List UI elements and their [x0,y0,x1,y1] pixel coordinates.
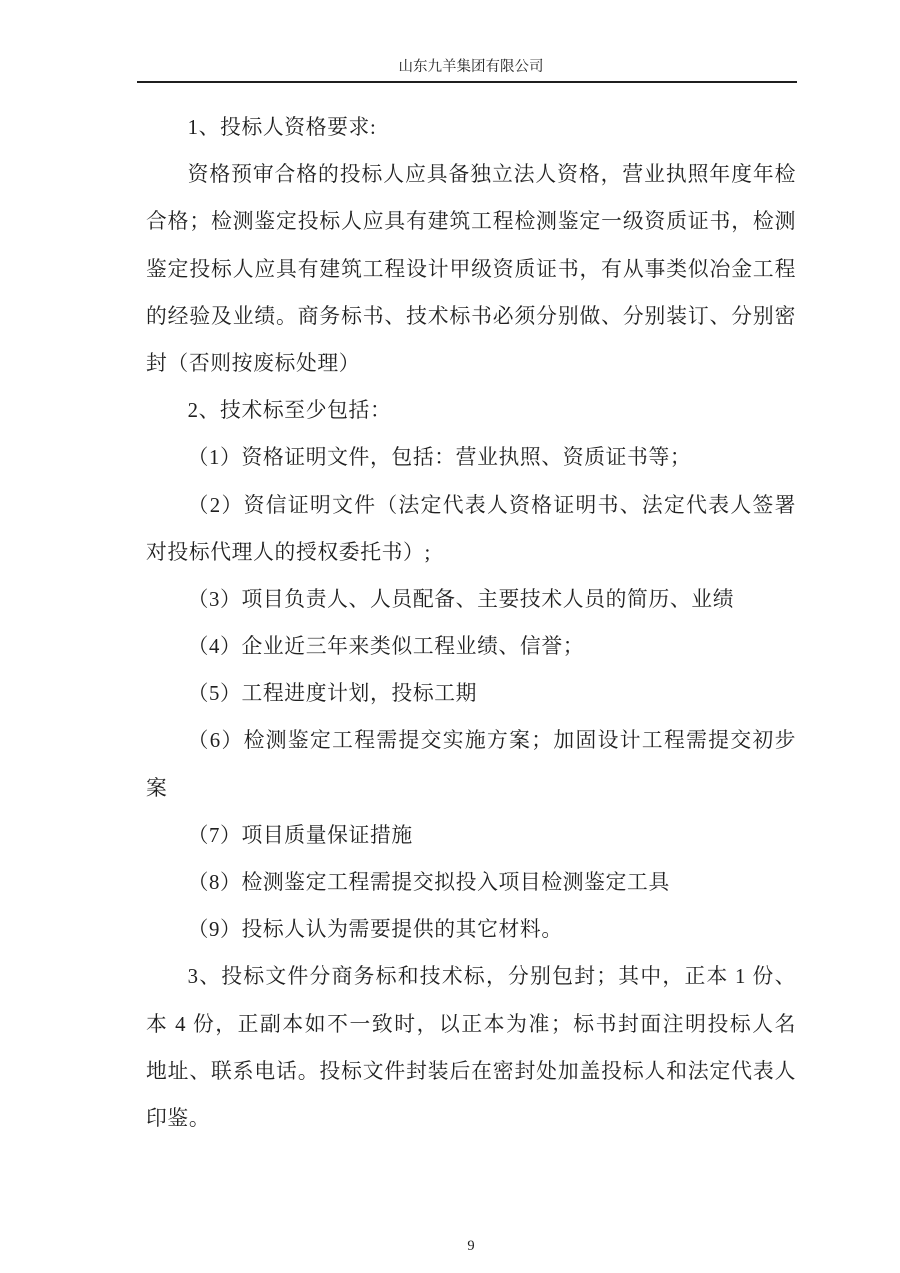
text-line: 封（否则按废标处理） [146,340,796,387]
text-line: 3、投标文件分商务标和技术标，分别包封；其中，正本 1 份、副 [146,953,796,1000]
document-body: 1、投标人资格要求:资格预审合格的投标人应具备独立法人资格，营业执照年度年检合格… [146,104,796,1142]
text-line: （8）检测鉴定工程需提交拟投入项目检测鉴定工具 [146,859,796,906]
text-line: （4）企业近三年来类似工程业绩、信誉； [146,623,796,670]
text-line: 资格预审合格的投标人应具备独立法人资格，营业执照年度年检 [146,151,796,198]
text-line: （3）项目负责人、人员配备、主要技术人员的简历、业绩 [146,576,796,623]
text-line: 地址、联系电话。投标文件封装后在密封处加盖投标人和法定代表人 [146,1048,796,1095]
text-line: （7）项目质量保证措施 [146,812,796,859]
header-company-name: 山东九羊集团有限公司 [146,57,796,77]
text-line: （2）资信证明文件（法定代表人资格证明书、法定代表人签署的 [146,482,796,529]
text-line: 2、技术标至少包括： [146,387,796,434]
document-page: 山东九羊集团有限公司 1、投标人资格要求:资格预审合格的投标人应具备独立法人资格… [0,0,900,1273]
text-line: （1）资格证明文件，包括：营业执照、资质证书等； [146,434,796,481]
text-line: （5）工程进度计划，投标工期 [146,670,796,717]
text-line: 鉴定投标人应具有建筑工程设计甲级资质证书，有从事类似冶金工程 [146,246,796,293]
text-line: 印鉴。 [146,1095,796,1142]
text-line: （6）检测鉴定工程需提交实施方案；加固设计工程需提交初步方 [146,717,796,764]
page-number: 9 [467,1238,474,1254]
text-line: 本 4 份，正副本如不一致时，以正本为准；标书封面注明投标人名称、 [146,1001,796,1048]
text-line: 1、投标人资格要求: [146,104,796,151]
text-line: 的经验及业绩。商务标书、技术标书必须分别做、分别装订、分别密 [146,293,796,340]
page-footer: 9 [146,1236,796,1256]
text-line: （9）投标人认为需要提供的其它材料。 [146,906,796,953]
text-line: 案 [146,765,796,812]
header-rule [137,81,797,83]
text-line: 对投标代理人的授权委托书）; [146,529,796,576]
text-line: 合格；检测鉴定投标人应具有建筑工程检测鉴定一级资质证书，检测 [146,198,796,245]
